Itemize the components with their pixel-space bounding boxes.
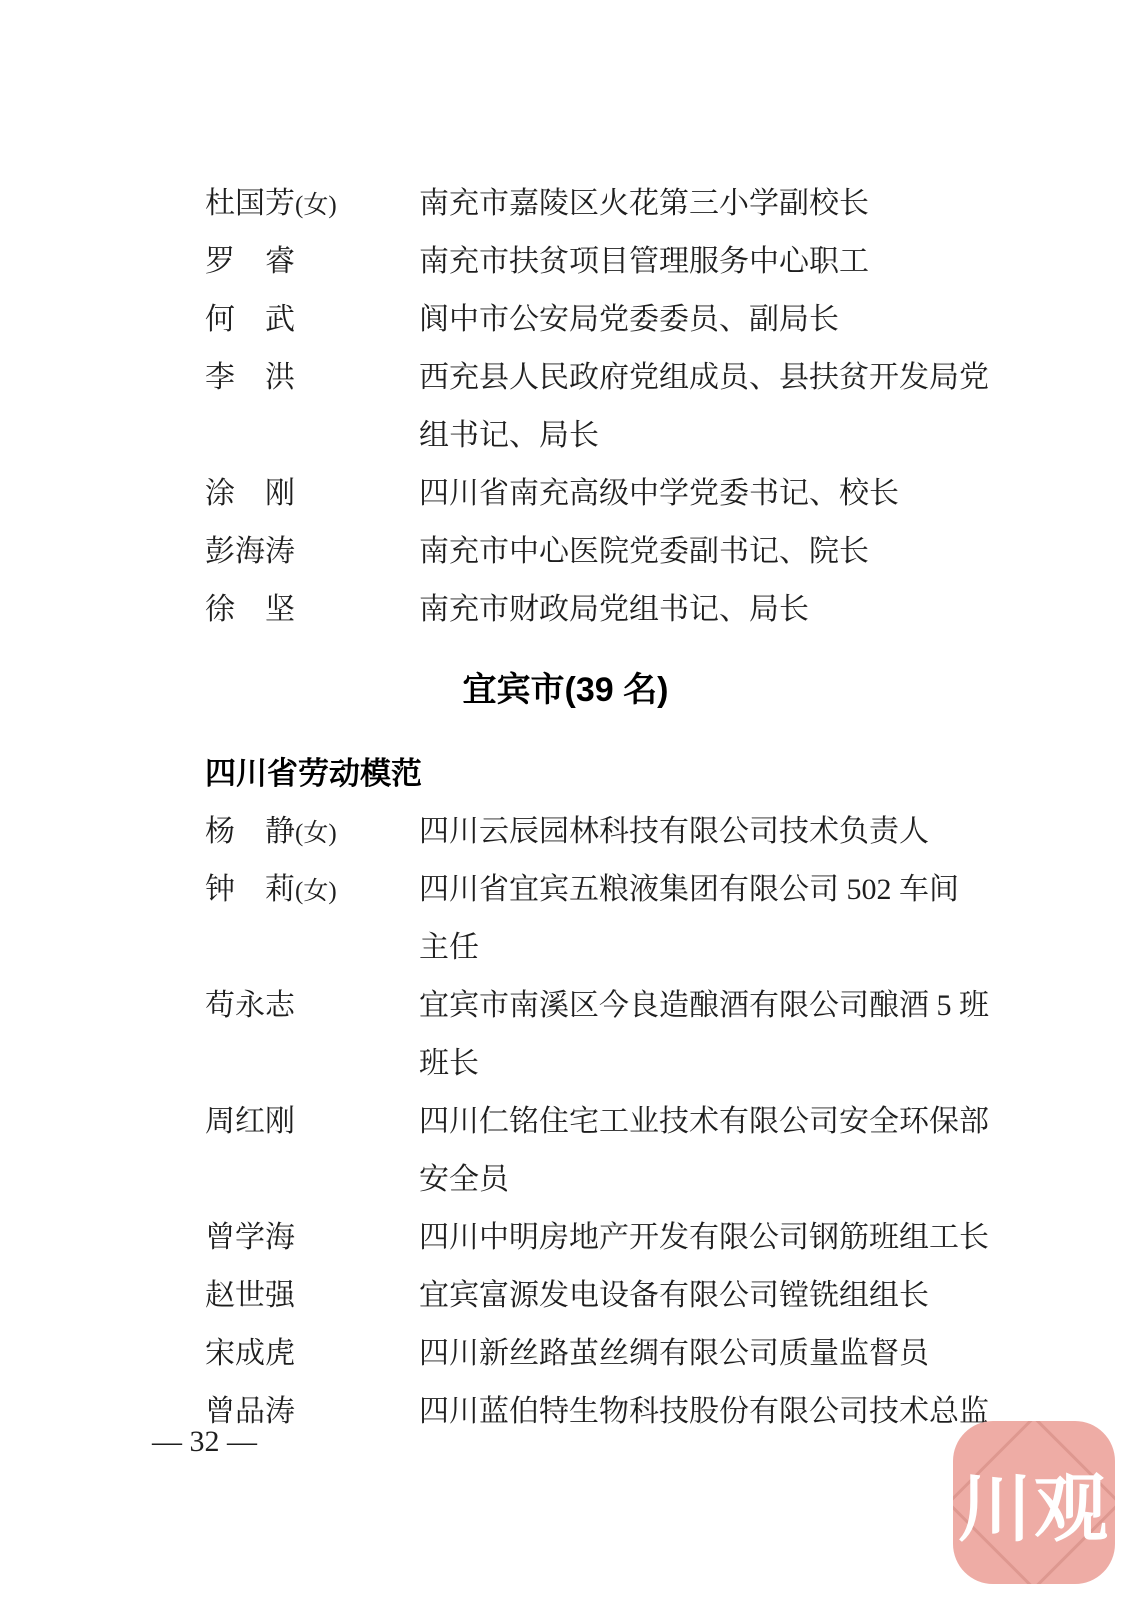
position-line: 四川省南充高级中学党委书记、校长 (419, 476, 995, 534)
person-name: 赵世强 (205, 1279, 295, 1312)
gender-marker: (女) (295, 878, 337, 905)
position-cell: 四川云辰园林科技有限公司技术负责人 (419, 814, 995, 872)
person-name: 杨 静 (205, 815, 295, 848)
table-row: 何 武 阆中市公安局党委委员、副局长 (205, 302, 995, 360)
position-line: 南充市扶贫项目管理服务中心职工 (419, 244, 995, 302)
person-name-cell: 彭海涛 (205, 534, 419, 592)
person-name-cell: 杨 静(女) (205, 814, 419, 872)
position-cell: 阆中市公安局党委委员、副局长 (419, 302, 995, 360)
position-line: 四川中明房地产开发有限公司钢筋班组工长 (419, 1220, 995, 1278)
person-name-cell: 苟永志 (205, 988, 419, 1046)
table-row: 苟永志 宜宾市南溪区今良造酿酒有限公司酿酒 5 班 班长 (205, 988, 995, 1104)
position-line: 班长 (419, 1046, 995, 1104)
position-line: 四川云辰园林科技有限公司技术负责人 (419, 814, 995, 872)
position-line: 阆中市公安局党委委员、副局长 (419, 302, 995, 360)
person-name-cell: 杜国芳(女) (205, 186, 419, 244)
position-cell: 四川仁铭住宅工业技术有限公司安全环保部 安全员 (419, 1104, 995, 1220)
position-cell: 四川中明房地产开发有限公司钢筋班组工长 (419, 1220, 995, 1278)
position-cell: 四川省南充高级中学党委书记、校长 (419, 476, 995, 534)
gender-marker: (女) (295, 820, 337, 847)
position-cell: 四川蓝伯特生物科技股份有限公司技术总监 (419, 1394, 995, 1452)
position-line: 西充县人民政府党组成员、县扶贫开发局党 (419, 360, 995, 418)
table-row: 曾学海 四川中明房地产开发有限公司钢筋班组工长 (205, 1220, 995, 1278)
person-name-cell: 何 武 (205, 302, 419, 360)
table-row: 罗 睿 南充市扶贫项目管理服务中心职工 (205, 244, 995, 302)
position-cell: 宜宾富源发电设备有限公司镗铣组组长 (419, 1278, 995, 1336)
position-cell: 西充县人民政府党组成员、县扶贫开发局党 组书记、局长 (419, 360, 995, 476)
table-row: 杨 静(女) 四川云辰园林科技有限公司技术负责人 (205, 814, 995, 872)
honoree-list-yibin: 杨 静(女) 四川云辰园林科技有限公司技术负责人 钟 莉(女) 四川省宜宾五粮液… (205, 814, 995, 1452)
person-name-cell: 周红刚 (205, 1104, 419, 1162)
person-name-cell: 李 洪 (205, 360, 419, 418)
position-line: 南充市财政局党组书记、局长 (419, 592, 995, 650)
position-cell: 南充市扶贫项目管理服务中心职工 (419, 244, 995, 302)
person-name: 李 洪 (205, 361, 295, 394)
person-name: 苟永志 (205, 989, 295, 1022)
person-name-cell: 罗 睿 (205, 244, 419, 302)
person-name: 徐 坚 (205, 593, 295, 626)
position-cell: 四川新丝路茧丝绸有限公司质量监督员 (419, 1336, 995, 1394)
table-row: 杜国芳(女) 南充市嘉陵区火花第三小学副校长 (205, 186, 995, 244)
position-cell: 宜宾市南溪区今良造酿酒有限公司酿酒 5 班 班长 (419, 988, 995, 1104)
person-name-cell: 涂 刚 (205, 476, 419, 534)
person-name: 钟 莉 (205, 873, 295, 906)
person-name: 彭海涛 (205, 535, 295, 568)
person-name-cell: 宋成虎 (205, 1336, 419, 1394)
position-line: 安全员 (419, 1162, 995, 1220)
person-name: 罗 睿 (205, 245, 295, 278)
table-row: 钟 莉(女) 四川省宜宾五粮液集团有限公司 502 车间 主任 (205, 872, 995, 988)
person-name-cell: 徐 坚 (205, 592, 419, 650)
page-number: — 32 — (152, 1424, 257, 1460)
position-cell: 四川省宜宾五粮液集团有限公司 502 车间 主任 (419, 872, 995, 988)
position-line: 宜宾市南溪区今良造酿酒有限公司酿酒 5 班 (419, 988, 995, 1046)
position-line: 四川蓝伯特生物科技股份有限公司技术总监 (419, 1394, 995, 1452)
position-line: 组书记、局长 (419, 418, 995, 476)
chuanguan-watermark-logo: 川观 (953, 1421, 1115, 1584)
person-name: 何 武 (205, 303, 295, 336)
gender-marker: (女) (295, 192, 337, 219)
logo-text: 川观 (953, 1421, 1115, 1584)
position-cell: 南充市中心医院党委副书记、院长 (419, 534, 995, 592)
table-row: 涂 刚 四川省南充高级中学党委书记、校长 (205, 476, 995, 534)
document-page: 杜国芳(女) 南充市嘉陵区火花第三小学副校长 罗 睿 南充市扶贫项目管理服务中心… (0, 0, 1131, 1600)
position-cell: 南充市财政局党组书记、局长 (419, 592, 995, 650)
subsection-title-model-workers: 四川省劳动模范 (205, 748, 422, 793)
position-line: 宜宾富源发电设备有限公司镗铣组组长 (419, 1278, 995, 1336)
table-row: 周红刚 四川仁铭住宅工业技术有限公司安全环保部 安全员 (205, 1104, 995, 1220)
person-name: 杜国芳 (205, 187, 295, 220)
person-name: 宋成虎 (205, 1337, 295, 1370)
person-name-cell: 曾学海 (205, 1220, 419, 1278)
honoree-list-nanchong: 杜国芳(女) 南充市嘉陵区火花第三小学副校长 罗 睿 南充市扶贫项目管理服务中心… (205, 186, 995, 650)
person-name: 涂 刚 (205, 477, 295, 510)
table-row: 李 洪 西充县人民政府党组成员、县扶贫开发局党 组书记、局长 (205, 360, 995, 476)
section-header-yibin: 宜宾市(39 名) (0, 662, 1131, 711)
position-line: 南充市嘉陵区火花第三小学副校长 (419, 186, 995, 244)
position-line: 主任 (419, 930, 995, 988)
person-name-cell: 钟 莉(女) (205, 872, 419, 930)
position-line: 四川新丝路茧丝绸有限公司质量监督员 (419, 1336, 995, 1394)
position-line: 四川省宜宾五粮液集团有限公司 502 车间 (419, 872, 995, 930)
table-row: 徐 坚 南充市财政局党组书记、局长 (205, 592, 995, 650)
position-cell: 南充市嘉陵区火花第三小学副校长 (419, 186, 995, 244)
person-name: 周红刚 (205, 1105, 295, 1138)
table-row: 宋成虎 四川新丝路茧丝绸有限公司质量监督员 (205, 1336, 995, 1394)
person-name: 曾学海 (205, 1221, 295, 1254)
table-row: 曾品涛 四川蓝伯特生物科技股份有限公司技术总监 (205, 1394, 995, 1452)
position-line: 南充市中心医院党委副书记、院长 (419, 534, 995, 592)
person-name-cell: 赵世强 (205, 1278, 419, 1336)
table-row: 赵世强 宜宾富源发电设备有限公司镗铣组组长 (205, 1278, 995, 1336)
position-line: 四川仁铭住宅工业技术有限公司安全环保部 (419, 1104, 995, 1162)
table-row: 彭海涛 南充市中心医院党委副书记、院长 (205, 534, 995, 592)
